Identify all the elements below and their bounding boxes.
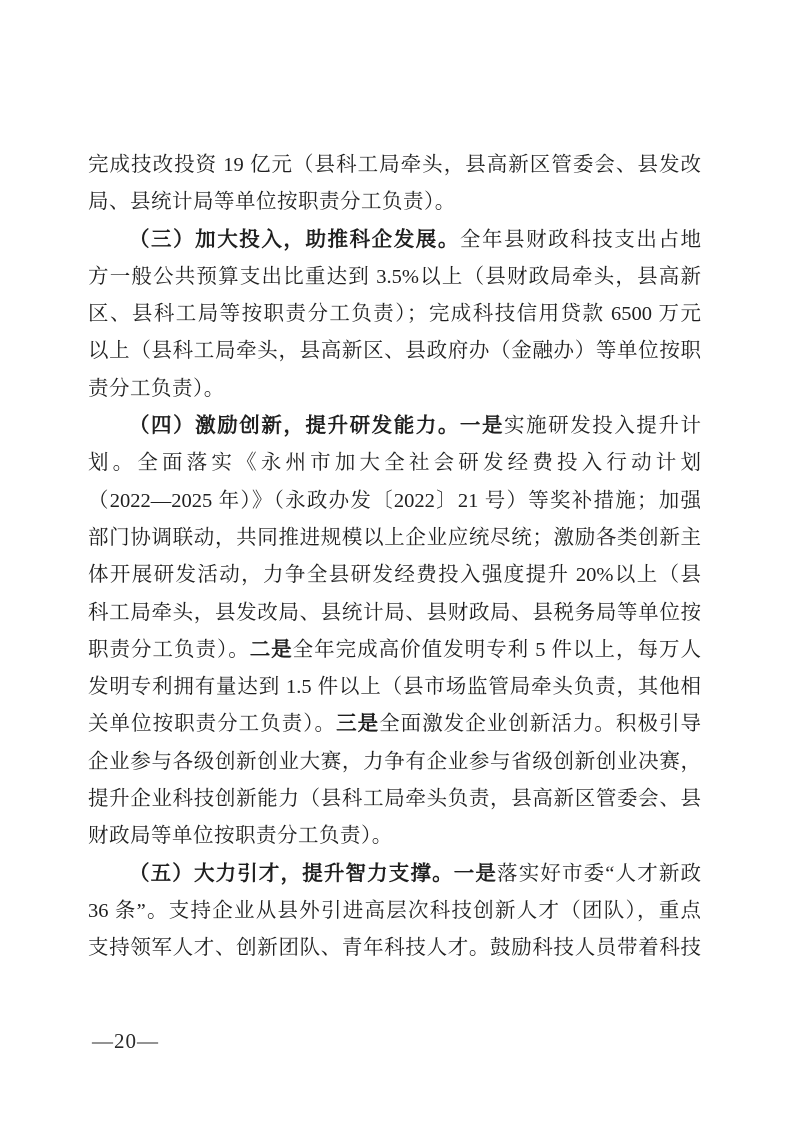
text-line: （四）激励创新，提升研发能力。一是实施研发投入提升计 bbox=[88, 408, 701, 445]
text-line: 科工局牵头，县发改局、县统计局、县财政局、县税务局等单位按 bbox=[88, 595, 701, 632]
text-segment: 体开展研发活动，力争全县研发经费投入强度提升 20%以上（县 bbox=[88, 564, 701, 586]
text-segment: 提升企业科技创新能力（县科工局牵头负责，县高新区管委会、县 bbox=[88, 788, 701, 810]
text-line: 区、县科工局等按职责分工负责）；完成科技信用贷款 6500 万元 bbox=[88, 296, 701, 333]
text-line: 提升企业科技创新能力（县科工局牵头负责，县高新区管委会、县 bbox=[88, 781, 701, 818]
text-line: 方一般公共预算支出比重达到 3.5%以上（县财政局牵头，县高新 bbox=[88, 259, 701, 296]
text-segment: 支持领军人才、创新团队、青年科技人才。鼓励科技人员带着科技 bbox=[88, 937, 701, 959]
bold-heading-segment: 三是 bbox=[336, 713, 379, 735]
text-segment: 完成技改投资 19 亿元（县科工局牵头，县高新区管委会、县发改 bbox=[88, 154, 701, 176]
text-segment: 财政局等单位按职责分工负责）。 bbox=[88, 825, 393, 847]
bold-heading-segment: （五）大力引才，提升智力支撑。一是 bbox=[129, 863, 497, 885]
text-line: （三）加大投入，助推科企发展。全年县财政科技支出占地 bbox=[88, 222, 701, 259]
text-segment: 全年县财政科技支出占地 bbox=[460, 229, 701, 251]
text-line: 完成技改投资 19 亿元（县科工局牵头，县高新区管委会、县发改 bbox=[88, 147, 701, 184]
text-segment: 企业参与各级创新创业大赛，力争有企业参与省级创新创业决赛， bbox=[88, 751, 701, 773]
text-line: （五）大力引才，提升智力支撑。一是落实好市委“人才新政 bbox=[88, 856, 701, 893]
text-segment: 部门协调联动，共同推进规模以上企业应统尽统；激励各类创新主 bbox=[88, 527, 701, 549]
text-segment: 职责分工负责）。 bbox=[88, 639, 250, 661]
text-segment: 划。全面落实《永州市加大全社会研发经费投入行动计划 bbox=[88, 452, 701, 474]
text-line: 体开展研发活动，力争全县研发经费投入强度提升 20%以上（县 bbox=[88, 557, 701, 594]
page-number: —20— bbox=[92, 1028, 159, 1054]
text-line: 企业参与各级创新创业大赛，力争有企业参与省级创新创业决赛， bbox=[88, 744, 701, 781]
text-segment: 关单位按职责分工负责）。 bbox=[88, 713, 336, 735]
document-body: 完成技改投资 19 亿元（县科工局牵头，县高新区管委会、县发改局、县统计局等单位… bbox=[88, 147, 701, 968]
bold-heading-segment: （三）加大投入，助推科企发展。 bbox=[129, 229, 460, 251]
text-line: 职责分工负责）。二是全年完成高价值发明专利 5 件以上，每万人 bbox=[88, 632, 701, 669]
bold-heading-segment: （四）激励创新，提升研发能力。一是 bbox=[129, 415, 504, 437]
text-line: 划。全面落实《永州市加大全社会研发经费投入行动计划 bbox=[88, 445, 701, 482]
text-segment: 科工局牵头，县发改局、县统计局、县财政局、县税务局等单位按 bbox=[88, 602, 701, 624]
text-segment: 落实好市委“人才新政 bbox=[497, 863, 701, 885]
text-line: 部门协调联动，共同推进规模以上企业应统尽统；激励各类创新主 bbox=[88, 520, 701, 557]
text-segment: 发明专利拥有量达到 1.5 件以上（县市场监管局牵头负责，其他相 bbox=[88, 676, 701, 698]
text-line: 关单位按职责分工负责）。三是全面激发企业创新活力。积极引导 bbox=[88, 706, 701, 743]
text-line: 36 条”。支持企业从县外引进高层次科技创新人才（团队），重点 bbox=[88, 893, 701, 930]
bold-heading-segment: 二是 bbox=[250, 639, 293, 661]
text-line: 局、县统计局等单位按职责分工负责）。 bbox=[88, 184, 701, 221]
text-line: 以上（县科工局牵头，县高新区、县政府办（金融办）等单位按职 bbox=[88, 333, 701, 370]
text-segment: （2022—2025 年）》（永政办发〔2022〕21 号）等奖补措施；加强 bbox=[88, 490, 701, 512]
text-segment: 36 条”。支持企业从县外引进高层次科技创新人才（团队），重点 bbox=[88, 900, 701, 922]
text-segment: 局、县统计局等单位按职责分工负责）。 bbox=[88, 191, 456, 213]
text-line: （2022—2025 年）》（永政办发〔2022〕21 号）等奖补措施；加强 bbox=[88, 483, 701, 520]
text-segment: 以上（县科工局牵头，县高新区、县政府办（金融办）等单位按职 bbox=[88, 340, 701, 362]
text-segment: 实施研发投入提升计 bbox=[504, 415, 701, 437]
text-segment: 全年完成高价值发明专利 5 件以上，每万人 bbox=[293, 639, 701, 661]
text-segment: 责分工负责）。 bbox=[88, 378, 225, 400]
text-line: 发明专利拥有量达到 1.5 件以上（县市场监管局牵头负责，其他相 bbox=[88, 669, 701, 706]
text-line: 支持领军人才、创新团队、青年科技人才。鼓励科技人员带着科技 bbox=[88, 930, 701, 967]
text-line: 责分工负责）。 bbox=[88, 371, 701, 408]
document-page: 完成技改投资 19 亿元（县科工局牵头，县高新区管委会、县发改局、县统计局等单位… bbox=[0, 0, 793, 1122]
text-segment: 全面激发企业创新活力。积极引导 bbox=[379, 713, 701, 735]
text-line: 财政局等单位按职责分工负责）。 bbox=[88, 818, 701, 855]
text-segment: 方一般公共预算支出比重达到 3.5%以上（县财政局牵头，县高新 bbox=[88, 266, 701, 288]
text-segment: 区、县科工局等按职责分工负责）；完成科技信用贷款 6500 万元 bbox=[88, 303, 701, 325]
